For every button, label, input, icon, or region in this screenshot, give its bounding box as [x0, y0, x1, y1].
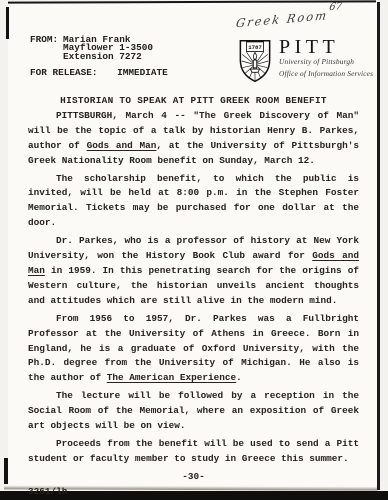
reference-number: 3261/lh	[28, 485, 359, 500]
scan-edge-right	[377, 2, 380, 490]
paragraph: The lecture will be followed by a recept…	[28, 389, 359, 434]
paragraph-text: Proceeds from the benefit will be used t…	[28, 438, 359, 464]
paragraph: Proceeds from the benefit will be used t…	[28, 437, 359, 467]
contact-extension: Extension 7272	[63, 53, 153, 61]
paragraph: Dr. Parkes, who is a professor of histor…	[28, 234, 359, 309]
document-body: HISTORIAN TO SPEAK AT PITT GREEK ROOM BE…	[28, 94, 359, 500]
from-contact: Marian Frank Mayflower 1-3500 Extension …	[63, 36, 153, 61]
scan-edge-left-mark	[6, 7, 9, 39]
paragraph: The scholarship benefit, to which the pu…	[28, 172, 359, 232]
paragraph-text: .	[236, 372, 242, 383]
shield-year: 1787	[248, 44, 262, 51]
logo-text: PITT University of Pittsburgh Office of …	[279, 38, 373, 84]
paragraph-text: The scholarship benefit, to which the pu…	[28, 173, 359, 229]
release-value: IMMEDIATE	[117, 67, 168, 78]
paragraph-text: in 1959. In this penetrating search for …	[28, 265, 359, 306]
body-paragraphs: PITTSBURGH, March 4 -- "The Greek Discov…	[28, 109, 359, 467]
paragraph-text: The lecture will be followed by a recept…	[28, 390, 359, 431]
pitt-logo: 1787 PITT University of Pittsburgh Offic…	[238, 38, 373, 84]
from-label: FROM:	[30, 36, 63, 61]
release-label: FOR RELEASE:	[30, 67, 98, 78]
scanned-press-release: Greek Room67 FROM: Marian Frank Mayflowe…	[0, 0, 388, 500]
pitt-wordmark: PITT	[279, 38, 373, 56]
handwritten-number: 67	[328, 1, 342, 13]
book-title: The American Experience	[107, 372, 236, 383]
pitt-shield-icon: 1787	[238, 38, 272, 84]
book-title: Gods and Man	[87, 140, 157, 151]
paragraph-text: Dr. Parkes, who is a professor of histor…	[28, 235, 359, 261]
paragraph: PITTSBURGH, March 4 -- "The Greek Discov…	[28, 109, 359, 169]
scan-edge-left-mark	[4, 458, 8, 484]
logo-university-line: University of Pittsburgh	[279, 56, 373, 68]
paragraph: From 1956 to 1957, Dr. Parkes was a Full…	[28, 312, 359, 387]
end-mark: -30-	[28, 470, 359, 485]
headline: HISTORIAN TO SPEAK AT PITT GREEK ROOM BE…	[28, 94, 359, 109]
release-header: FROM: Marian Frank Mayflower 1-3500 Exte…	[30, 36, 168, 77]
logo-office-line: Office of Information Services	[279, 68, 373, 80]
